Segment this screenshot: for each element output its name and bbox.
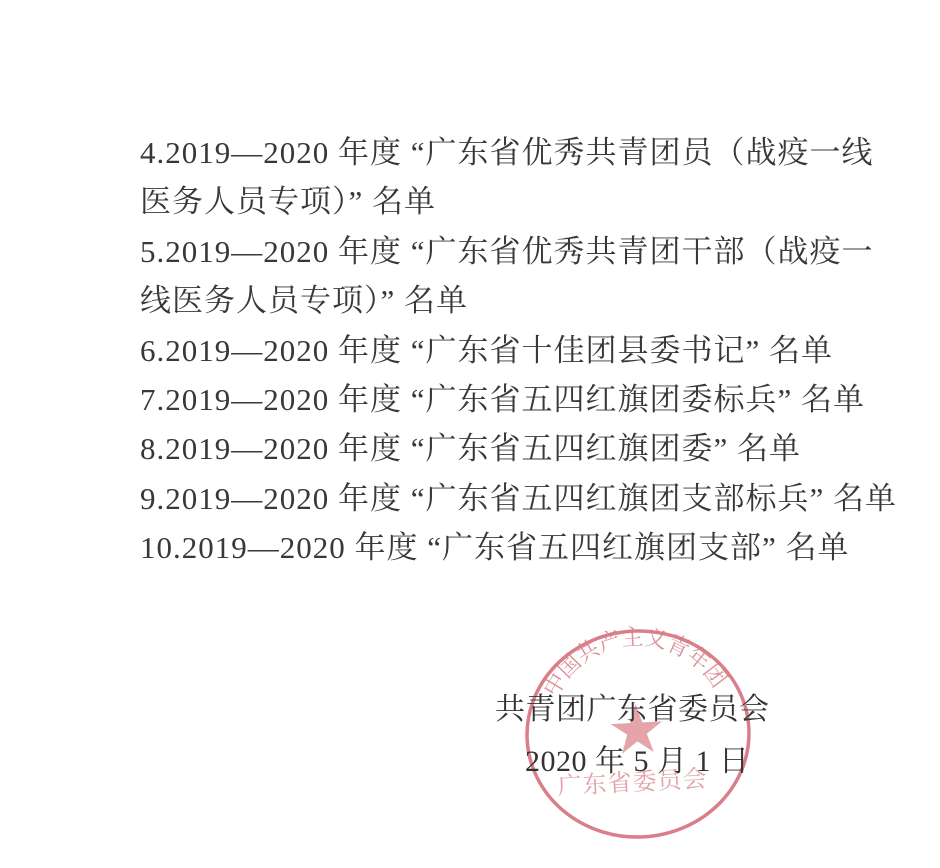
list-line: 医务人员专项）” 名单 xyxy=(140,177,840,226)
list-line: 7.2019—2020 年度 “广东省五四红旗团委标兵” 名单 xyxy=(140,375,840,424)
list-line: 10.2019—2020 年度 “广东省五四红旗团支部” 名单 xyxy=(140,523,840,572)
award-list: 4.2019—2020 年度 “广东省优秀共青团员（战疫一线 医务人员专项）” … xyxy=(140,128,840,573)
list-line: 线医务人员专项）” 名单 xyxy=(140,276,840,325)
document-page: 4.2019—2020 年度 “广东省优秀共青团员（战疫一线 医务人员专项）” … xyxy=(0,0,940,868)
list-line: 9.2019—2020 年度 “广东省五四红旗团支部标兵” 名单 xyxy=(140,474,840,523)
signature-line: 共青团广东省委员会 xyxy=(495,684,770,728)
list-line: 8.2019—2020 年度 “广东省五四红旗团委” 名单 xyxy=(140,424,840,473)
official-seal: 中国共产主义青年团 广东省委员会 xyxy=(498,594,778,868)
date-line: 2020 年 5 月 1 日 xyxy=(525,736,750,780)
list-line: 4.2019—2020 年度 “广东省优秀共青团员（战疫一线 xyxy=(140,128,840,177)
list-line: 5.2019—2020 年度 “广东省优秀共青团干部（战疫一 xyxy=(140,227,840,276)
list-line: 6.2019—2020 年度 “广东省十佳团县委书记” 名单 xyxy=(140,326,840,375)
